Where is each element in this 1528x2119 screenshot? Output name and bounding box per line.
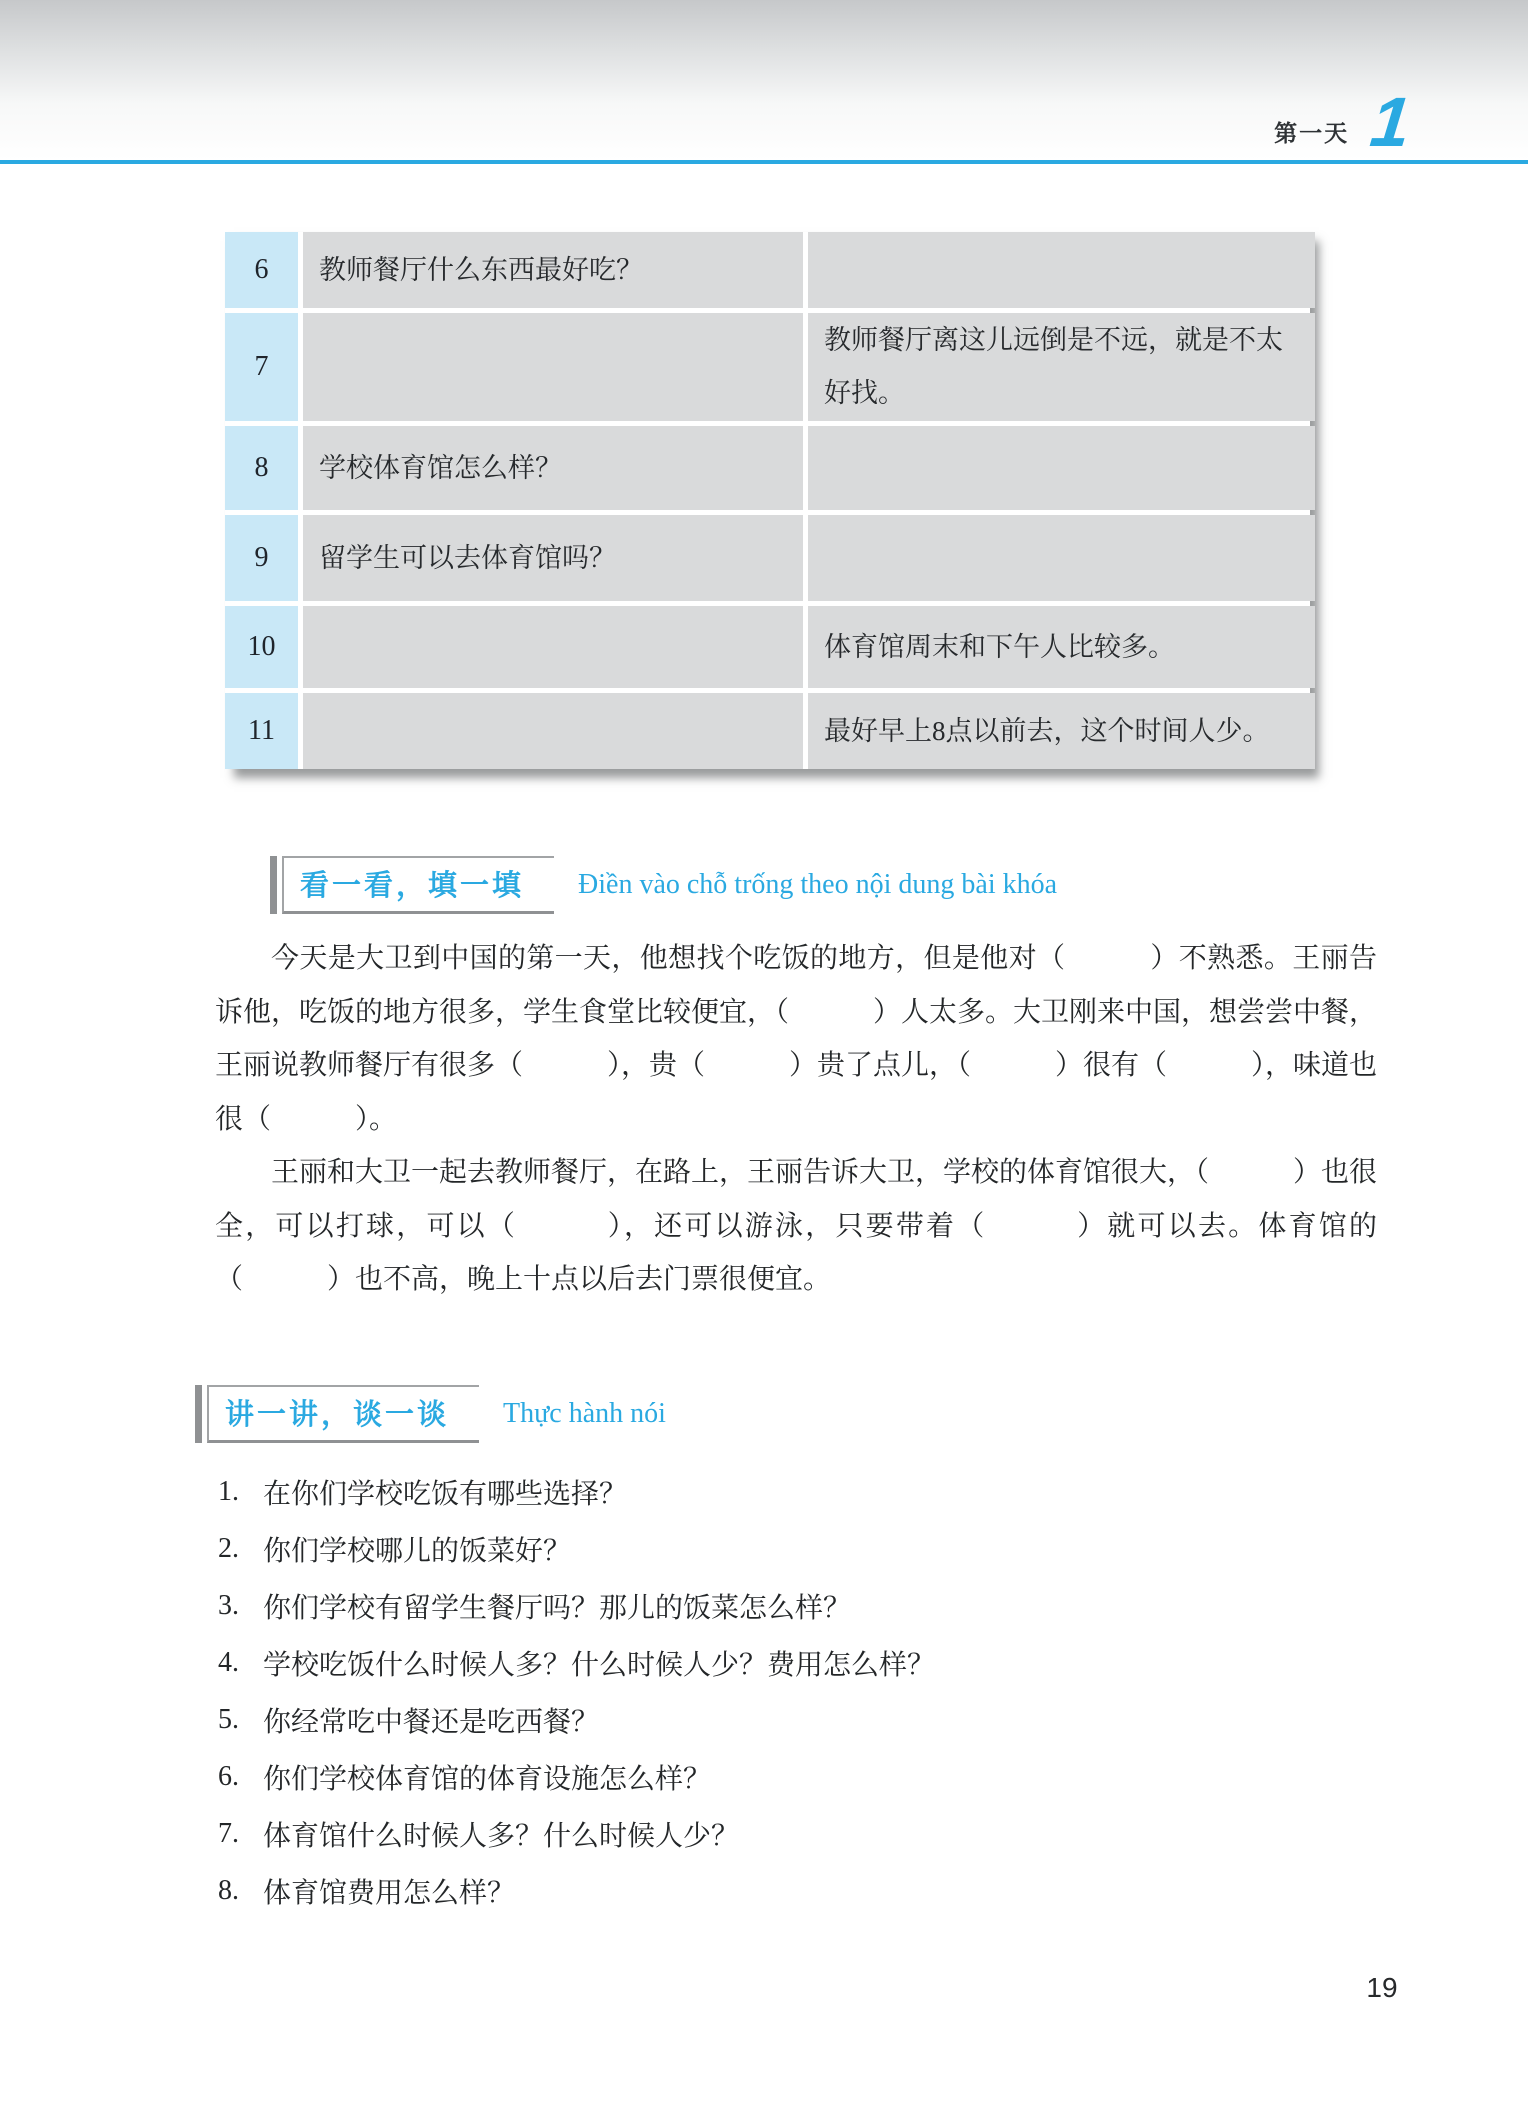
chapter-number: 1 — [1367, 87, 1413, 157]
list-item-number: 2. — [218, 1533, 263, 1565]
row-number-cell: 9 — [225, 515, 298, 601]
page-number: 19 — [1352, 1972, 1412, 2004]
question-cell — [303, 693, 803, 769]
list-item-text: 你们学校哪儿的饭菜好？ — [263, 1529, 1378, 1569]
list-item-text: 体育馆费用怎么样？ — [263, 1871, 1378, 1911]
section-title-box: 讲一讲，谈一谈 — [207, 1385, 479, 1443]
list-item: 6. 你们学校体育馆的体育设施怎么样？ — [218, 1748, 1378, 1805]
question-cell: 教师餐厅什么东西最好吃？ — [303, 232, 803, 308]
list-item-text: 你们学校有留学生餐厅吗？那儿的饭菜怎么样？ — [263, 1586, 1378, 1626]
answer-cell: 教师餐厅离这儿远倒是不远，就是不太好找。 — [808, 313, 1315, 421]
list-item-number: 6. — [218, 1761, 263, 1793]
answer-cell: 最好早上8点以前去，这个时间人少。 — [808, 693, 1315, 769]
answer-cell — [808, 426, 1315, 510]
chapter-heading: 第一天 1 — [1274, 86, 1410, 158]
list-item-text: 你经常吃中餐还是吃西餐？ — [263, 1700, 1378, 1740]
list-item-number: 5. — [218, 1704, 263, 1736]
question-cell — [303, 313, 803, 421]
section-accent-bar — [270, 856, 277, 914]
list-item-number: 3. — [218, 1590, 263, 1622]
section-fill-title: 看一看，填一填 — [300, 870, 524, 902]
list-item-number: 7. — [218, 1818, 263, 1850]
list-item-text: 体育馆什么时候人多？什么时候人少？ — [263, 1814, 1378, 1854]
section-title-box: 看一看，填一填 — [282, 856, 554, 914]
list-item: 3. 你们学校有留学生餐厅吗？那儿的饭菜怎么样？ — [218, 1577, 1378, 1634]
speaking-question-list: 1. 在你们学校吃饭有哪些选择？ 2. 你们学校哪儿的饭菜好？ 3. 你们学校有… — [218, 1463, 1378, 1919]
section-fill-header: 看一看，填一填 Điền vào chỗ trống theo nội dung… — [270, 856, 1057, 914]
row-number-cell: 8 — [225, 426, 298, 510]
section-accent-bar — [195, 1385, 202, 1443]
answer-cell — [808, 515, 1315, 601]
list-item-number: 8. — [218, 1875, 263, 1907]
question-cell: 学校体育馆怎么样？ — [303, 426, 803, 510]
row-number-cell: 10 — [225, 606, 298, 688]
fill-paragraph-1: 今天是大卫到中国的第一天，他想找个吃饭的地方，但是他对（ ）不熟悉。王丽告诉他，… — [215, 932, 1377, 1146]
row-number-cell: 6 — [225, 232, 298, 308]
list-item-number: 4. — [218, 1647, 263, 1679]
question-cell: 留学生可以去体育馆吗？ — [303, 515, 803, 601]
section-speak-header: 讲一讲，谈一谈 Thực hành nói — [195, 1385, 666, 1443]
list-item: 5. 你经常吃中餐还是吃西餐？ — [218, 1691, 1378, 1748]
row-number-cell: 7 — [225, 313, 298, 421]
list-item: 2. 你们学校哪儿的饭菜好？ — [218, 1520, 1378, 1577]
section-speak-title: 讲一讲，谈一谈 — [225, 1399, 449, 1431]
section-speak-subtitle: Thực hành nói — [503, 1398, 666, 1430]
list-item-text: 你们学校体育馆的体育设施怎么样？ — [263, 1757, 1378, 1797]
list-item-text: 学校吃饭什么时候人多？什么时候人少？费用怎么样？ — [263, 1643, 1378, 1683]
answer-cell — [808, 232, 1315, 308]
qa-table: 6 教师餐厅什么东西最好吃？ 7 教师餐厅离这儿远倒是不远，就是不太好找。 8 … — [225, 232, 1310, 769]
chapter-label: 第一天 — [1274, 97, 1349, 148]
answer-cell: 体育馆周末和下午人比较多。 — [808, 606, 1315, 688]
fill-paragraph-2: 王丽和大卫一起去教师餐厅，在路上，王丽告诉大卫，学校的体育馆很大，（ ）也很全，… — [215, 1146, 1377, 1307]
list-item: 8. 体育馆费用怎么样？ — [218, 1862, 1378, 1919]
list-item-text: 在你们学校吃饭有哪些选择？ — [263, 1472, 1378, 1512]
row-number-cell: 11 — [225, 693, 298, 769]
list-item: 1. 在你们学校吃饭有哪些选择？ — [218, 1463, 1378, 1520]
list-item: 4. 学校吃饭什么时候人多？什么时候人少？费用怎么样？ — [218, 1634, 1378, 1691]
question-cell — [303, 606, 803, 688]
fill-in-passage: 今天是大卫到中国的第一天，他想找个吃饭的地方，但是他对（ ）不熟悉。王丽告诉他，… — [215, 932, 1377, 1307]
section-fill-subtitle: Điền vào chỗ trống theo nội dung bài khó… — [578, 869, 1057, 901]
list-item-number: 1. — [218, 1476, 263, 1508]
list-item: 7. 体育馆什么时候人多？什么时候人少？ — [218, 1805, 1378, 1862]
